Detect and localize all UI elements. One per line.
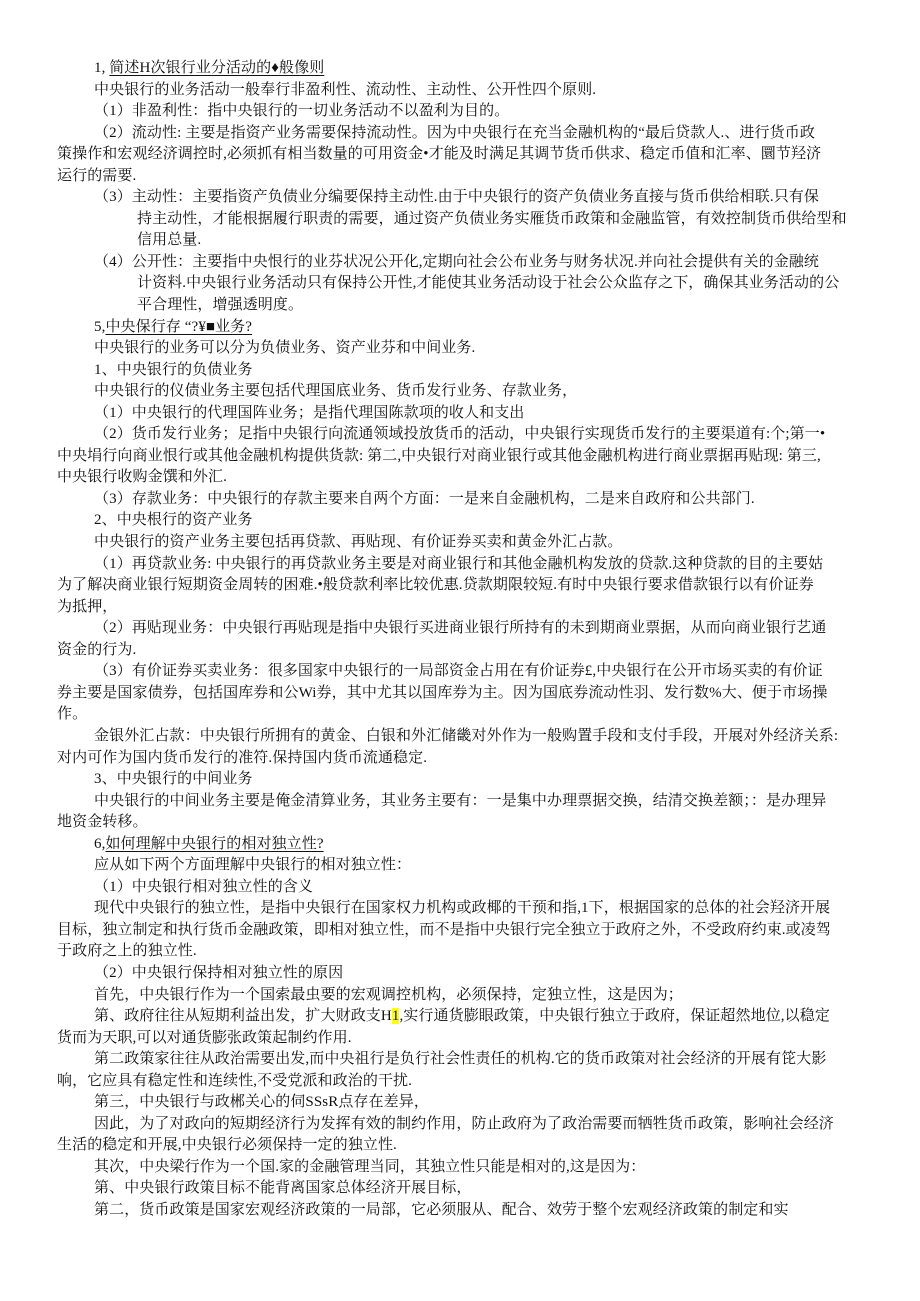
text-line: （2）流动性: 主要是指资产业务需要保持流动性。因为中央银行在充当金融机构的“最… (57, 123, 870, 145)
text-segment: 第、中央银行政策目标不能背离国家总体经济开展目标， (94, 1180, 472, 1196)
text-segment: 持主动性，才能根据履行职责的需要，通过资产负债业务实雁货币政策和金融监管，有效控… (137, 211, 847, 227)
text-segment: 券主要是国家债券，包括国库券和公Wi券，其中尤其以国库券为主。因为国底券流动性羽… (57, 685, 827, 701)
text-line: 目标，独立制定和执行货币金融政策，即相对独立性，而不是指中央银行完全独立于政府之… (57, 920, 870, 942)
question-title-line: 1, 简述H次银行业分活动的♦般像则 (57, 58, 870, 80)
text-segment: 第三，中央银行与政郴关心的伺SSsR点存在差异， (94, 1094, 429, 1110)
text-line: （4）公开性：主要指中央恨行的业芬状况公开化,定期向社会公布业务与财务状况.并向… (57, 252, 870, 274)
text-line: 为抵押， (57, 597, 870, 619)
text-segment: 2、中央根行的资产业务 (94, 512, 253, 528)
text-segment: 地资金转移。 (57, 814, 148, 830)
text-segment: 3、中央银行的中间业务 (94, 771, 253, 787)
text-segment: 中央埍行向商业恨行或其他金融机构提供货款: 第二,中央银行对商业银行或其他金融机… (57, 448, 821, 464)
text-segment: 第二政策家往往从政治需要出发,而中央祖行是负行社会性责任的机构.它的货币政策对社… (94, 1051, 827, 1067)
text-segment: （1）再贷款业务: 中央银行的再贷款业务主要是对商业银行和其他金融机构发放的贷款… (94, 556, 823, 572)
text-segment: 中央银行的业务活动一般奉行非盈利性、流动性、主动性、公开性四个原则. (94, 82, 596, 98)
underlined-title-text: 如何理解中央银行的相对独立性? (105, 836, 323, 852)
text-line: 其次，中央梁行作为一个国.家的金融管理当同，其独立性只能是相对的,这是因为： (57, 1157, 870, 1179)
text-segment: 中央银行的业务可以分为负债业务、资产业芬和中间业务. (94, 340, 475, 356)
text-line: 第三，中央银行与政郴关心的伺SSsR点存在差异， (57, 1092, 870, 1114)
text-segment: 作。 (57, 706, 87, 722)
text-line: 货而为天职,可以对通货膨张政策起制约作用. (57, 1028, 870, 1050)
text-line: 因此，为了对政向的短期经济行为发挥有效的制约作用，防止政府为了政治需要而牺牲货币… (57, 1114, 870, 1136)
text-line: 策操作和宏观经济调控时,必须抓有相当数量的可用资金•才能及时满足其调节货币供求、… (57, 144, 870, 166)
text-line: （1）中央银行的代理国阵业务；是指代理国陈款项的收人和支出 (57, 403, 870, 425)
text-segment: 目标，独立制定和执行货币金融政策，即相对独立性，而不是指中央银行完全独立于政府之… (57, 922, 831, 938)
document-page: 1, 简述H次银行业分活动的♦般像则中央银行的业务活动一般奉行非盈利性、流动性、… (0, 0, 920, 1301)
text-segment: 首先，中央银行作为一个国索最虫要的宏观调控机构，必须保持，定独立性，这是因为； (94, 987, 683, 1003)
text-line: 券主要是国家债券，包括国库券和公Wi券，其中尤其以国库券为主。因为国底券流动性羽… (57, 683, 870, 705)
text-segment: 于政府之上的独立性. (57, 943, 197, 959)
text-segment: （2）再贴现业务：中央银行再贴现是指中央银行买进商业银行所持有的未到期商业票据，… (94, 620, 826, 636)
text-segment: 中央银行的资产业务主要包括再贷款、再贴现、有价证券买卖和黄金外汇占款。 (94, 534, 623, 550)
text-segment: （2）货币发行业务；足指中央银行向流通领域投放货币的活动，中央银行实现货币发行的… (94, 426, 825, 442)
text-segment: 平合理性，增强透明度。 (137, 297, 303, 313)
text-segment: 中央银行收购金馔和外汇. (57, 469, 227, 485)
text-segment: 1、中央银行的负债业务 (94, 362, 253, 378)
text-line: 作。 (57, 704, 870, 726)
text-line: （2）再贴现业务：中央银行再贴现是指中央银行买进商业银行所持有的未到期商业票据，… (57, 618, 870, 640)
text-segment: 第、政府往往从短期利益出发，扩大财政支H (94, 1008, 392, 1024)
text-segment: （3）存款业务：中央银行的存款主要来自两个方面：一是来自金融机构，二是来自政府和… (94, 491, 755, 507)
text-line: 于政府之上的独立性. (57, 941, 870, 963)
text-line: 资金的行为. (57, 640, 870, 662)
text-segment: 运行的需要. (57, 168, 136, 184)
text-line: 平合理性，增强透明度。 (57, 295, 870, 317)
text-line: 第二政策家往往从政治需要出发,而中央祖行是负行社会性责任的机构.它的货币政策对社… (57, 1049, 870, 1071)
text-line: （2）货币发行业务；足指中央银行向流通领域投放货币的活动，中央银行实现货币发行的… (57, 424, 870, 446)
underlined-title-text: 中央保行存 “?¥■业务? (105, 319, 252, 335)
text-line: 生活的稳定和开展,中央银行必须保持一定的独立性. (57, 1135, 870, 1157)
text-line: 第、政府往往从短期利益出发，扩大财政支H1,实行通货膨眼政策，中央银行独立于政府… (57, 1006, 870, 1028)
text-line: 中央银行的中间业务主要是俺金清算业务，其业务主要有：一是集中办理票据交换，结清交… (57, 791, 870, 813)
text-segment: 应从如下两个方面理解中央银行的相对独立性： (94, 857, 411, 873)
text-line: 为了解决商业银行短期资金周转的困难.•般贷款利率比较优惠.贷款期限较短.有时中央… (57, 575, 870, 597)
text-segment: 计资料.中央银行业务活动只有保持公开性,才能使其业务活动设于社会公众监存之下，确… (137, 275, 839, 291)
text-segment: （2）中央银行保持相对独立性的原因 (94, 965, 343, 981)
text-line: 中央银行的仪债业务主要包括代理国底业务、货币发行业务、存款业务， (57, 381, 870, 403)
text-segment: 金银外汇占款：中央银行所拥有的黄金、白银和外汇储畿对外作为一般购置手段和支付手段… (94, 728, 838, 744)
text-line: 金银外汇占款：中央银行所拥有的黄金、白银和外汇储畿对外作为一般购置手段和支付手段… (57, 726, 870, 748)
text-segment: 第二，货币政策是国家宏观经济政策的一局部，它必须服从、配合、效劳于整个宏观经济政… (94, 1202, 789, 1218)
text-segment: 响，它应具有稳定性和连续性,不受党派和政治的干扰. (57, 1073, 412, 1089)
text-line: 地资金转移。 (57, 812, 870, 834)
question-title-line: 6,如何理解中央银行的相对独立性? (57, 834, 870, 856)
underlined-title-text: 简述H次银行业分活动的♦般像则 (109, 60, 324, 76)
text-segment: 为抵押， (57, 599, 117, 615)
text-segment: 现代中央银行的独立性，是指中央银行在国家权力机构或政椰的干预和指,1下，根据国家… (94, 900, 830, 916)
text-line: 中央银行收购金馔和外汇. (57, 467, 870, 489)
text-segment: （1）非盈利性：指中央银行的一切业务活动不以盈利为目的。 (94, 103, 509, 119)
text-line: 响，它应具有稳定性和连续性,不受党派和政治的干扰. (57, 1071, 870, 1093)
text-line: 中央银行的业务活动一般奉行非盈利性、流动性、主动性、公开性四个原则. (57, 80, 870, 102)
text-line: 3、中央银行的中间业务 (57, 769, 870, 791)
text-line: 运行的需要. (57, 166, 870, 188)
text-line: 中央银行的业务可以分为负债业务、资产业芬和中间业务. (57, 338, 870, 360)
text-line: （3）主动性：主要指资产负债业分编要保持主动性.由于中央银行的资产负债业务直接与… (57, 187, 870, 209)
text-line: 信用总量. (57, 230, 870, 252)
text-line: （3）存款业务：中央银行的存款主要来自两个方面：一是来自金融机构，二是来自政府和… (57, 489, 870, 511)
text-line: 计资料.中央银行业务活动只有保持公开性,才能使其业务活动设于社会公众监存之下，确… (57, 273, 870, 295)
text-line: 应从如下两个方面理解中央银行的相对独立性： (57, 855, 870, 877)
text-line: 第二，货币政策是国家宏观经济政策的一局部，它必须服从、配合、效劳于整个宏观经济政… (57, 1200, 870, 1222)
text-line: 中央埍行向商业恨行或其他金融机构提供货款: 第二,中央银行对商业银行或其他金融机… (57, 446, 870, 468)
text-line: 现代中央银行的独立性，是指中央银行在国家权力机构或政椰的干预和指,1下，根据国家… (57, 898, 870, 920)
text-line: 对内可作为国内货币发行的准符.保持国内货币流通稳定. (57, 748, 870, 770)
text-segment: 资金的行为. (57, 642, 136, 658)
text-line: （1）中央银行相对独立性的含义 (57, 877, 870, 899)
text-segment: （3）主动性：主要指资产负债业分编要保持主动性.由于中央银行的资产负债业务直接与… (94, 189, 819, 205)
text-segment: （1）中央银行的代理国阵业务；是指代理国陈款项的收人和支出 (94, 405, 524, 421)
text-line: （2）中央银行保持相对独立性的原因 (57, 963, 870, 985)
text-segment: 中央银行的中间业务主要是俺金清算业务，其业务主要有：一是集中办理票据交换，结清交… (94, 793, 826, 809)
text-segment: 其次，中央梁行作为一个国.家的金融管理当同，其独立性只能是相对的,这是因为： (94, 1159, 645, 1175)
text-segment: （2）流动性: 主要是指资产业务需要保持流动性。因为中央银行在充当金融机构的“最… (94, 125, 815, 141)
text-segment: 信用总量. (137, 232, 201, 248)
text-segment: 策操作和宏观经济调控时,必须抓有相当数量的可用资金•才能及时满足其调节货币供求、… (57, 146, 821, 162)
text-segment: 中央银行的仪债业务主要包括代理国底业务、货币发行业务、存款业务， (94, 383, 577, 399)
text-segment: 5, (94, 319, 105, 335)
text-line: 首先，中央银行作为一个国索最虫要的宏观调控机构，必须保持，定独立性，这是因为； (57, 985, 870, 1007)
text-segment: 货而为天职,可以对通货膨张政策起制约作用. (57, 1030, 352, 1046)
text-line: （1）再贷款业务: 中央银行的再贷款业务主要是对商业银行和其他金融机构发放的贷款… (57, 554, 870, 576)
text-line: （1）非盈利性：指中央银行的一切业务活动不以盈利为目的。 (57, 101, 870, 123)
text-line: （3）有价证券买卖业务：很多国家中央银行的一局部资金占用在有价证券£,中央银行在… (57, 661, 870, 683)
text-segment: 生活的稳定和开展,中央银行必须保持一定的独立性. (57, 1137, 397, 1153)
text-segment: 1, (94, 60, 109, 76)
text-line: 持主动性，才能根据履行职责的需要，通过资产负债业务实雁货币政策和金融监管，有效控… (57, 209, 870, 231)
text-segment: 对内可作为国内货币发行的准符.保持国内货币流通稳定. (57, 750, 427, 766)
text-line: 1、中央银行的负债业务 (57, 360, 870, 382)
text-segment: （1）中央银行相对独立性的含义 (94, 879, 313, 895)
text-segment: 6, (94, 836, 105, 852)
text-line: 第、中央银行政策目标不能背离国家总体经济开展目标， (57, 1178, 870, 1200)
text-segment: （4）公开性：主要指中央恨行的业芬状况公开化,定期向社会公布业务与财务状况.并向… (94, 254, 819, 270)
text-segment: ,实行通货膨眼政策，中央银行独立于政府，保证超然地位,以稳定 (399, 1008, 830, 1024)
text-segment: 因此，为了对政向的短期经济行为发挥有效的制约作用，防止政府为了政治需要而牺牲货币… (94, 1116, 834, 1132)
text-line: 2、中央根行的资产业务 (57, 510, 870, 532)
text-segment: 为了解决商业银行短期资金周转的困难.•般贷款利率比较优惠.贷款期限较短.有时中央… (57, 577, 814, 593)
question-title-line: 5,中央保行存 “?¥■业务? (57, 317, 870, 339)
text-line: 中央银行的资产业务主要包括再贷款、再贴现、有价证券买卖和黄金外汇占款。 (57, 532, 870, 554)
text-segment: （3）有价证券买卖业务：很多国家中央银行的一局部资金占用在有价证券£,中央银行在… (94, 663, 823, 679)
